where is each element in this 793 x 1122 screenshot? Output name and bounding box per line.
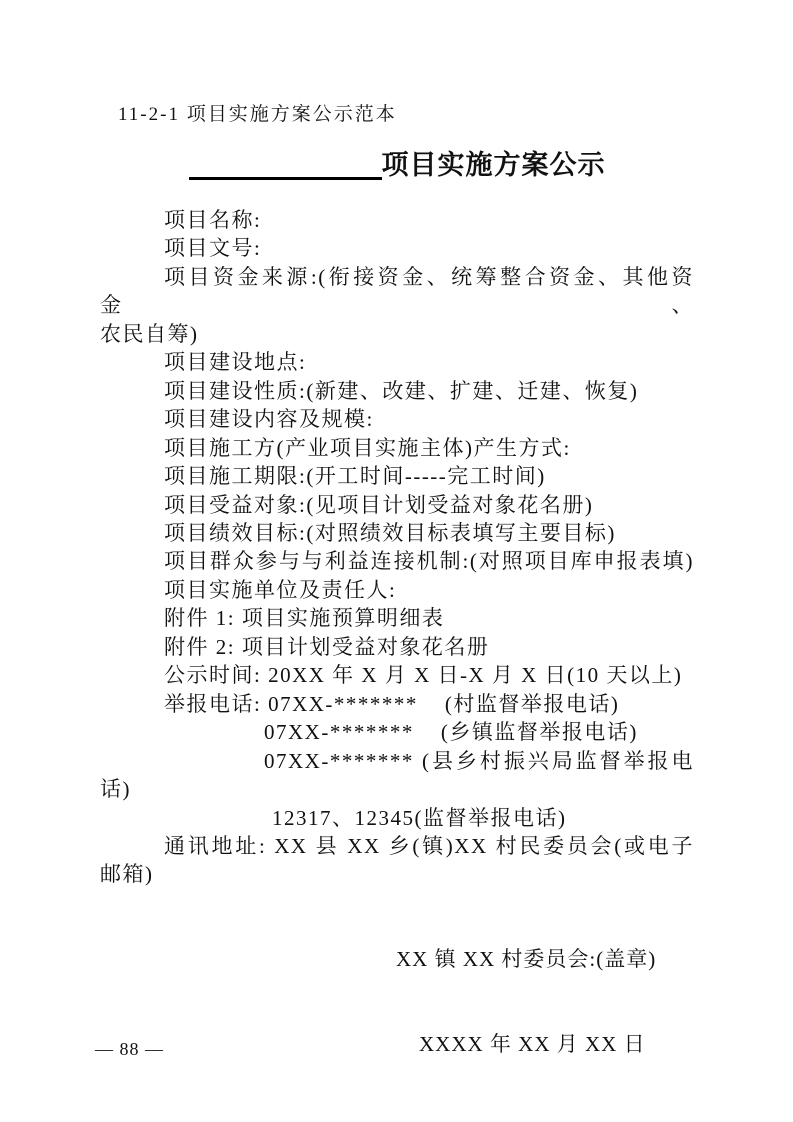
document-label: 11-2-1 项目实施方案公示范本	[118, 99, 397, 126]
body-line: 项目实施单位及责任人:	[100, 576, 694, 604]
title-blank-underline	[189, 147, 382, 180]
body-line: 项目名称:	[100, 206, 694, 234]
document-page: 11-2-1 项目实施方案公示范本 项目实施方案公示 项目名称:项目文号:项目资…	[0, 0, 793, 1122]
page-number: — 88 —	[95, 1039, 164, 1060]
body-line: 通讯地址: XX 县 XX 乡(镇)XX 村民委员会(或电子	[100, 832, 694, 860]
body-line: 项目建设地点:	[100, 348, 694, 376]
body-line: 07XX-******* (乡镇监督举报电话)	[100, 718, 694, 746]
body-line: 07XX-******* (县乡村振兴局监督举报电	[100, 747, 694, 775]
body-line: 农民自筹)	[100, 320, 694, 348]
body-line: 附件 1: 项目实施预算明细表	[100, 604, 694, 632]
body-line: 项目建设性质:(新建、改建、扩建、迁建、恢复)	[100, 377, 694, 405]
page-title-text: 项目实施方案公示	[382, 146, 606, 184]
body-line: 话)	[100, 775, 694, 803]
body-line: 项目施工期限:(开工时间-----完工时间)	[100, 462, 694, 490]
body-line: 项目文号:	[100, 234, 694, 262]
signature-block: XX 镇 XX 村委员会:(盖章) XXXX 年 XX 月 XX 日	[396, 889, 656, 1115]
body-line: 项目群众参与与利益连接机制:(对照项目库申报表填)	[100, 547, 694, 575]
body-line: 项目建设内容及规模:	[100, 405, 694, 433]
page-title: 项目实施方案公示	[100, 146, 694, 184]
body-line: 举报电话: 07XX-******* (村监督举报电话)	[100, 690, 694, 718]
body-line: 公示时间: 20XX 年 X 月 X 日-X 月 X 日(10 天以上)	[100, 661, 694, 689]
signature-date: XXXX 年 XX 月 XX 日	[396, 1030, 656, 1058]
body-line: 项目施工方(产业项目实施主体)产生方式:	[100, 434, 694, 462]
document-body: 项目名称:项目文号:项目资金来源:(衔接资金、统筹整合资金、其他资金、农民自筹)…	[100, 206, 694, 889]
body-line: 12317、12345(监督举报电话)	[100, 804, 694, 832]
signature-committee: XX 镇 XX 村委员会:(盖章)	[396, 945, 656, 973]
body-line: 项目受益对象:(见项目计划受益对象花名册)	[100, 491, 694, 519]
body-line: 附件 2: 项目计划受益对象花名册	[100, 633, 694, 661]
body-line: 邮箱)	[100, 860, 694, 888]
body-line: 项目资金来源:(衔接资金、统筹整合资金、其他资金、	[100, 263, 694, 320]
body-line: 项目绩效目标:(对照绩效目标表填写主要目标)	[100, 519, 694, 547]
